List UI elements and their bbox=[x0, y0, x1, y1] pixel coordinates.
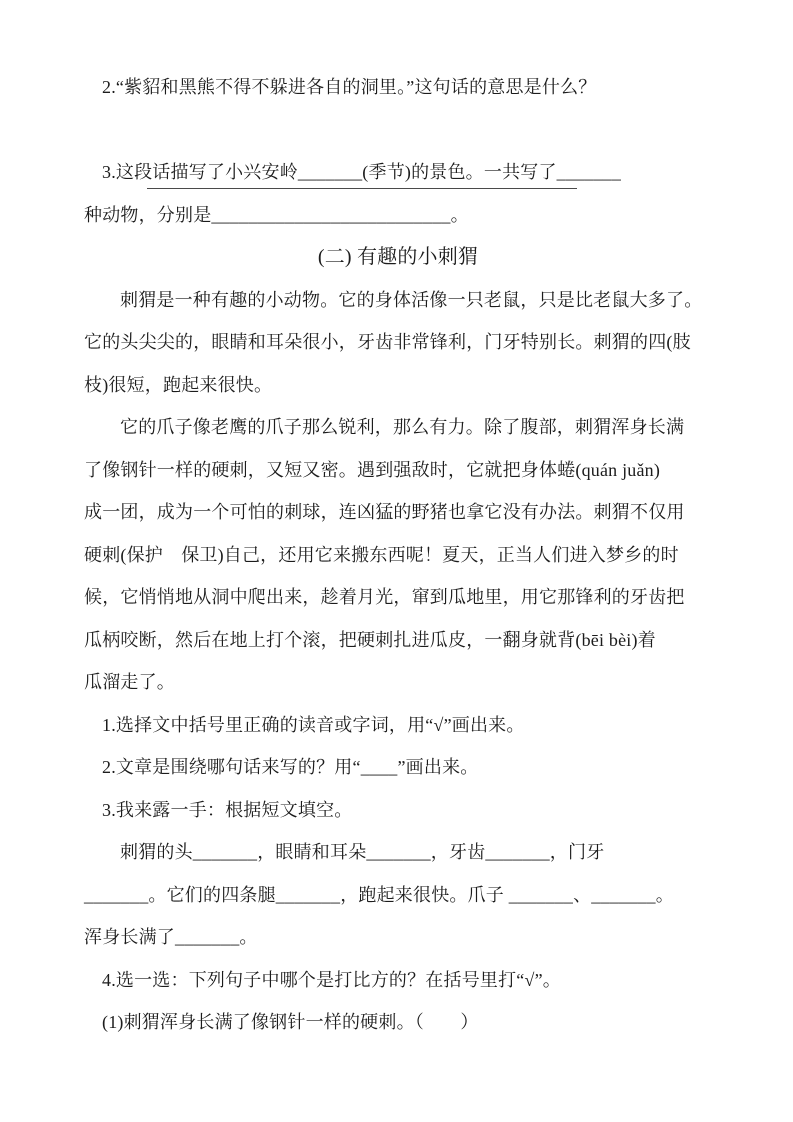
passage-line: 瓜溜走了。 bbox=[84, 661, 712, 704]
answer-line-row bbox=[84, 109, 712, 152]
worksheet-page: 2.“紫貂和黑熊不得不躲进各自的洞里。”这句话的意思是什么？ 3.这段话描写了小… bbox=[0, 0, 793, 1122]
reading1-question-3-line-1: 3.这段话描写了小兴安岭_______(季节)的景色。一共写了_______ bbox=[84, 151, 730, 194]
reading2-question-4: 4.选一选：下列句子中哪个是打比方的？在括号里打“√”。 bbox=[84, 959, 730, 1002]
fill-blank-line: 浑身长满了_______。 bbox=[84, 916, 712, 959]
passage-line: 硬刺(保护 保卫)自己，还用它来搬东西呢！夏天，正当人们进入梦乡的时 bbox=[84, 534, 712, 577]
passage-line: 枝)很短，跑起来很快。 bbox=[84, 364, 712, 407]
reading2-question-2: 2.文章是围绕哪句话来写的？用“____”画出来。 bbox=[84, 746, 730, 789]
reading1-question-3-line-2: 种动物，分别是__________________________。 bbox=[84, 194, 712, 237]
reading2-question-1: 1.选择文中括号里正确的读音或字词，用“√”画出来。 bbox=[84, 704, 730, 747]
reading2-question-3: 3.我来露一手：根据短文填空。 bbox=[84, 789, 730, 832]
reading2-questions: 1.选择文中括号里正确的读音或字词，用“√”画出来。 2.文章是围绕哪句话来写的… bbox=[84, 704, 793, 1044]
reading1-question-2: 2.“紫貂和黑熊不得不躲进各自的洞里。”这句话的意思是什么？ bbox=[84, 66, 730, 109]
passage-line: 它的爪子像老鹰的爪子那么锐利，那么有力。除了腹部，刺猬浑身长满 bbox=[84, 406, 748, 449]
reading2-title: (二) 有趣的小刺猬 bbox=[84, 236, 712, 279]
passage-line: 候，它悄悄地从洞中爬出来，趁着月光，窜到瓜地里，用它那锋利的牙齿把 bbox=[84, 576, 712, 619]
passage-line: 刺猬是一种有趣的小动物。它的身体活像一只老鼠，只是比老鼠大多了。 bbox=[84, 279, 748, 322]
passage-line: 成一团，成为一个可怕的刺球，连凶猛的野猪也拿它没有办法。刺猬不仅用 bbox=[84, 491, 712, 534]
passage-line: 了像钢针一样的硬刺，又短又密。遇到强敌时，它就把身体蜷(quán juǎn) bbox=[84, 449, 712, 492]
fill-blank-line: _______。它们的四条腿_______，跑起来很快。爪子 _______、_… bbox=[84, 874, 712, 917]
reading2-question-4-item-1: (1)刺猬浑身长满了像钢针一样的硬刺。（ ） bbox=[84, 1001, 730, 1044]
reading2-paragraph-2: 它的爪子像老鹰的爪子那么锐利，那么有力。除了腹部，刺猬浑身长满 了像钢针一样的硬… bbox=[84, 406, 793, 704]
passage-line: 瓜柄咬断，然后在地上打个滚，把硬刺扎进瓜皮，一翻身就背(bēi bèi)着 bbox=[84, 619, 712, 662]
passage-line: 它的头尖尖的，眼睛和耳朵很小，牙齿非常锋利，门牙特别长。刺猬的四(肢 bbox=[84, 321, 712, 364]
fill-blank-line: 刺猬的头_______，眼睛和耳朵_______，牙齿_______，门牙 bbox=[84, 831, 748, 874]
reading2-paragraph-1: 刺猬是一种有趣的小动物。它的身体活像一只老鼠，只是比老鼠大多了。 它的头尖尖的，… bbox=[84, 279, 793, 407]
